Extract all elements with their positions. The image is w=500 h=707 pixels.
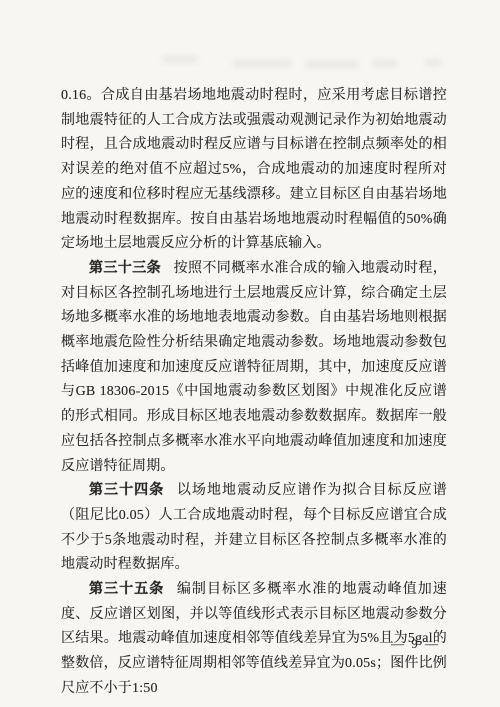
paragraph-text: 编制目标区多概率水准的地震动峰值加速度、反应谱区划图，并以等值线形式表示目标区地…	[61, 582, 447, 696]
scan-artifact	[424, 59, 442, 66]
article-number-heading: 第三十三条	[89, 261, 161, 276]
document-page: 0.16。合成自由基岩场地地震动时程时，应采用考虑目标谱控制地震特征的人工合成方…	[0, 0, 500, 707]
scan-artifact	[372, 60, 398, 67]
scan-artifact	[305, 61, 359, 68]
paragraph-text: 按照不同概率水准合成的输入地震动时程，对目标区各控制孔场地进行土层地震反应计算，…	[61, 261, 447, 474]
article-33-paragraph: 第三十三条按照不同概率水准合成的输入地震动时程，对目标区各控制孔场地进行土层地震…	[61, 257, 447, 479]
paragraph-text: 0.16。合成自由基岩场地地震动时程时，应采用考虑目标谱控制地震特征的人工合成方…	[61, 88, 447, 251]
scan-artifact	[162, 56, 198, 63]
page-number: — 9 —	[391, 636, 440, 652]
scan-artifact	[232, 60, 292, 67]
continuation-paragraph: 0.16。合成自由基岩场地地震动时程时，应采用考虑目标谱控制地震特征的人工合成方…	[61, 84, 447, 257]
article-number-heading: 第三十五条	[89, 582, 164, 597]
body-text: 0.16。合成自由基岩场地地震动时程时，应采用考虑目标谱控制地震特征的人工合成方…	[61, 84, 447, 702]
article-number-heading: 第三十四条	[89, 483, 164, 498]
article-35-paragraph: 第三十五条编制目标区多概率水准的地震动峰值加速度、反应谱区划图，并以等值线形式表…	[61, 578, 447, 702]
article-34-paragraph: 第三十四条以场地地震动反应谱作为拟合目标反应谱（阻尼比0.05）人工合成地震动时…	[61, 479, 447, 578]
